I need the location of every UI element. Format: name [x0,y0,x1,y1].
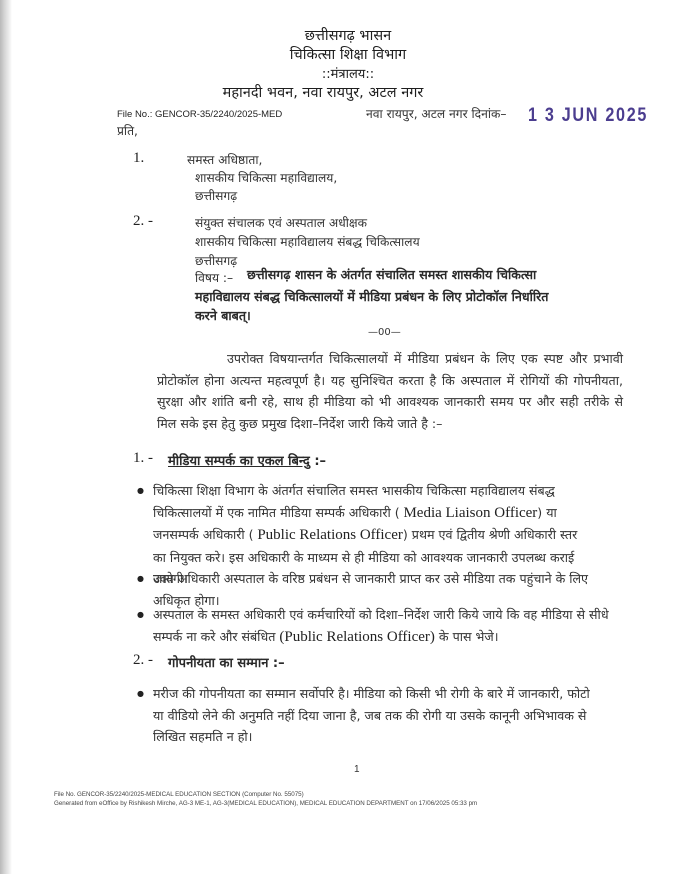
letterhead-ministry: ::मंत्रालय:: [0,64,696,82]
recipient-line: शासकीय चिकित्सा महाविद्यालय संबद्ध चिकित… [195,233,420,250]
date-stamp: 1 3 JUN 2025 [528,105,648,127]
page-edge-shadow [0,0,12,874]
intro-paragraph: उपरोक्त विषयान्तर्गत चिकित्सालयों में मी… [157,348,623,434]
place-date-label: नवा रायपुर, अटल नगर दिनांक– [366,105,507,122]
section-number: 1. - [133,450,153,467]
footer-generated-info: Generated from eOffice by Rishikesh Mirc… [54,800,477,807]
recipient-number: 1. [133,150,144,167]
section-title: गोपनीयता का सम्मान [168,656,268,671]
letterhead-department: चिकित्सा शिक्षा विभाग [0,44,696,64]
file-number: File No.: GENCOR-35/2240/2025-MED [117,109,282,120]
section-title: मीडिया सम्पर्क का एकल बिन्दु [168,454,310,469]
recipient-line: शासकीय चिकित्सा महाविद्यालय, [195,169,337,186]
list-item: मरीज की गोपनीयता का सम्मान सर्वोपरि है। … [153,683,598,748]
recipient-line: छत्तीसगढ़ [195,187,237,204]
page-number: 1 [354,764,360,775]
letterhead-government: छत्तीसगढ़ भासन [0,25,696,45]
prati-label: प्रति, [117,122,138,139]
letterhead-address: महानदी भवन, नवा रायपुर, अटल नगर [0,82,671,102]
section-number: 2. - [133,652,153,669]
subject-line: छत्तीसगढ़ शासन के अंतर्गत संचालित समस्त … [247,264,536,286]
section-suffix: :– [268,656,284,671]
recipient-line: छत्तीसगढ़ [195,252,237,269]
section-heading: गोपनीयता का सम्मान :– [168,653,285,671]
list-item: अस्पताल के समस्त अधिकारी एवं कर्मचारियों… [153,604,623,648]
recipient-line: समस्त अधिष्ठाता, [187,151,262,168]
recipient-number: 2. - [133,213,153,230]
section-heading: मीडिया सम्पर्क का एकल बिन्दु :– [168,451,326,469]
separator: —00— [368,327,401,338]
footer-file-number: File No. GENCOR-35/2240/2025-MEDICAL EDU… [54,791,304,798]
subject-label: विषय :– [195,269,233,286]
section-suffix: :– [310,454,326,469]
recipient-line: संयुक्त संचालक एवं अस्पताल अधीक्षक [195,214,367,231]
subject-line: करने बाबत्। [195,305,251,327]
